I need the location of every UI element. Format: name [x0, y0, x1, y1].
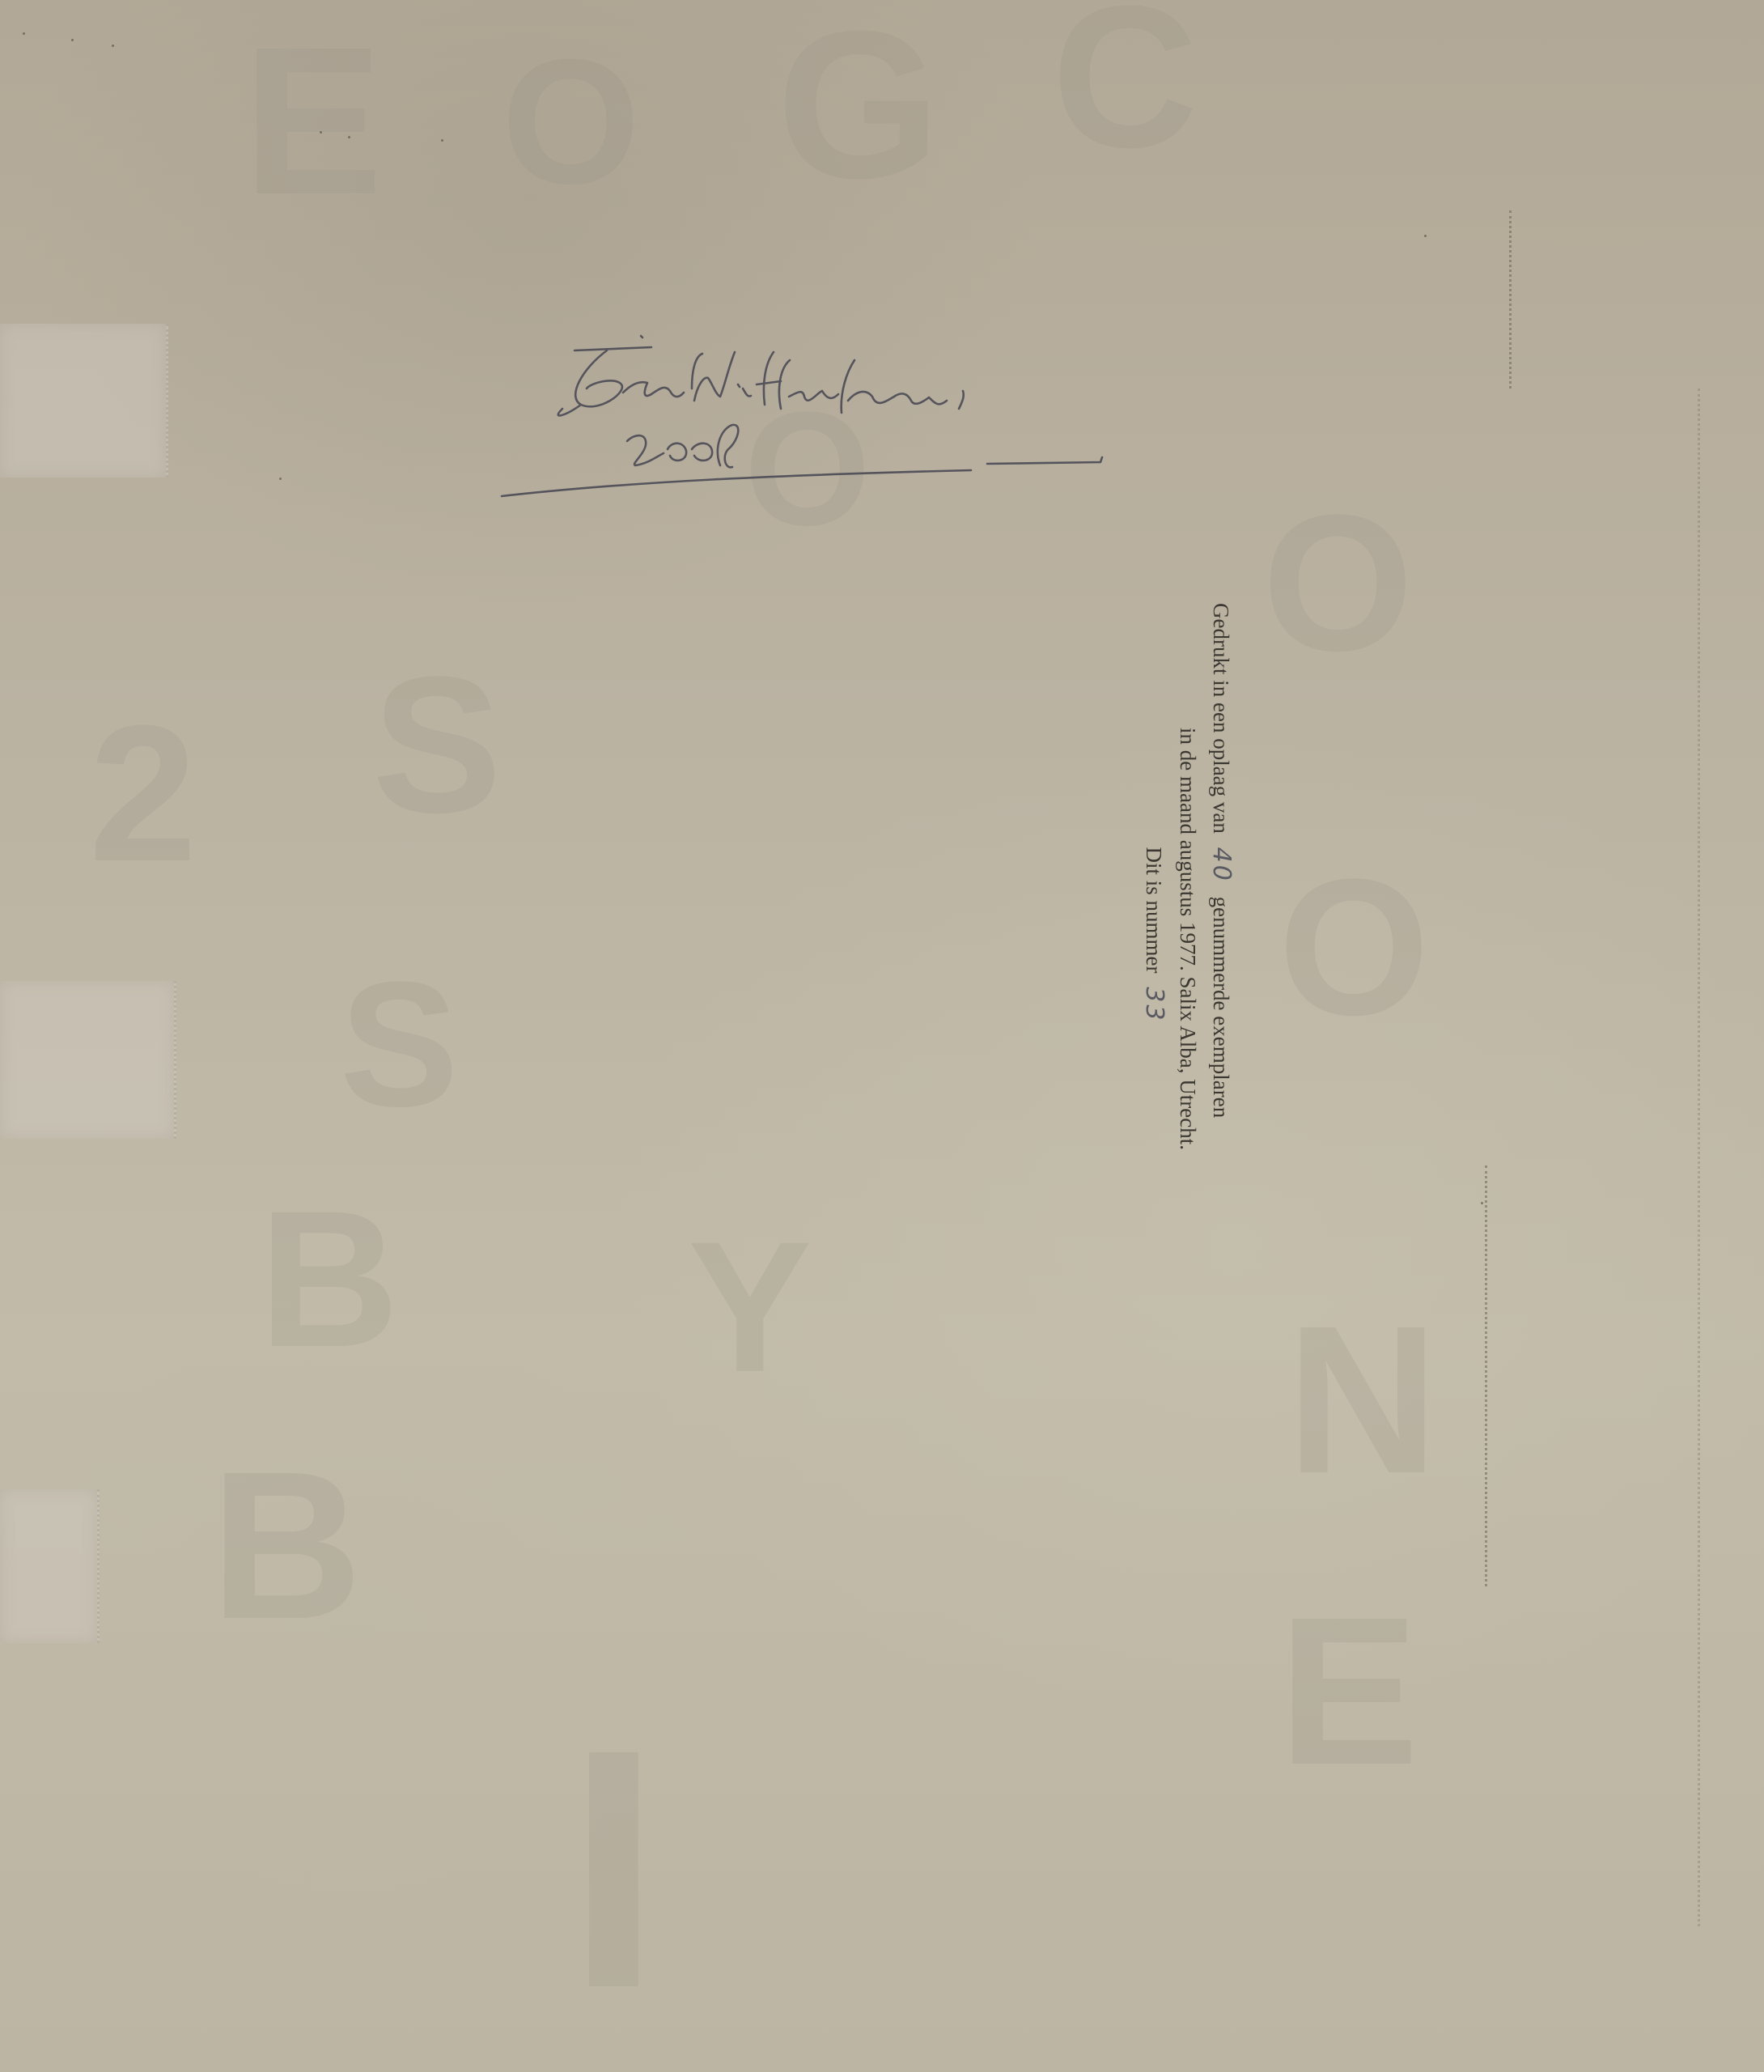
show-through-glyph: 2	[89, 696, 197, 890]
handwritten-signature: Ewi Wittenberg 2008	[486, 320, 1117, 506]
dotted-guide-line	[1698, 388, 1700, 1926]
colophon-line-2: in de maand augustus 1977. Salix Alba, U…	[1171, 603, 1204, 1275]
ink-speck	[279, 478, 282, 480]
colophon-text-block: Gedrukt in een oplaag van 40 genummerde …	[1137, 603, 1238, 1275]
show-through-glyph: I	[566, 1700, 661, 2040]
show-through-glyph: Y	[688, 1214, 812, 1400]
ink-speck	[348, 136, 350, 138]
show-through-glyph: S	[372, 647, 502, 842]
colophon-line-1-start: Gedrukt in een oplaag van	[1209, 603, 1233, 839]
signature-strokes	[486, 320, 1117, 506]
show-through-glyph: B	[259, 1182, 399, 1376]
show-through-glyph: S	[340, 955, 459, 1133]
show-through-glyph: N	[1287, 1295, 1439, 1505]
colophon: Gedrukt in een oplaag van 40 genummerde …	[1109, 603, 1238, 1275]
ink-speck	[1424, 235, 1427, 237]
show-through-glyph: B	[210, 1441, 363, 1651]
show-through-glyph: O	[1278, 850, 1430, 1044]
colophon-line-3-start: Dit is nummer	[1142, 847, 1166, 979]
show-through-glyph: O	[502, 32, 640, 210]
show-through-glyph: G	[777, 0, 940, 210]
show-through-glyph: C	[1052, 0, 1198, 178]
tape-patch	[0, 981, 176, 1139]
tape-patch	[0, 1489, 100, 1643]
show-through-glyph: E	[1278, 1586, 1418, 1797]
dotted-guide-line	[1485, 1165, 1487, 1586]
paper-page: E O G C O S 2 S B B O O N E Y I	[0, 0, 1764, 2072]
ink-speck	[112, 45, 114, 47]
colophon-line-1: Gedrukt in een oplaag van 40 genummerde …	[1204, 603, 1238, 1275]
ink-speck	[71, 39, 74, 41]
show-through-glyph: E	[243, 16, 383, 227]
colophon-line-1-end: genummerde exemplaren	[1209, 891, 1233, 1118]
colophon-line-3: Dit is nummer 33	[1137, 603, 1171, 1275]
dotted-guide-line	[1509, 210, 1512, 388]
ink-speck	[320, 131, 322, 134]
tape-patch	[0, 324, 168, 478]
ink-speck	[23, 32, 25, 35]
ink-speck	[441, 139, 443, 142]
show-through-glyph: O	[1262, 486, 1414, 680]
copy-number-handwritten: 33	[1140, 979, 1168, 1030]
ink-speck	[1481, 1202, 1483, 1204]
edition-size-handwritten: 40	[1207, 839, 1236, 891]
